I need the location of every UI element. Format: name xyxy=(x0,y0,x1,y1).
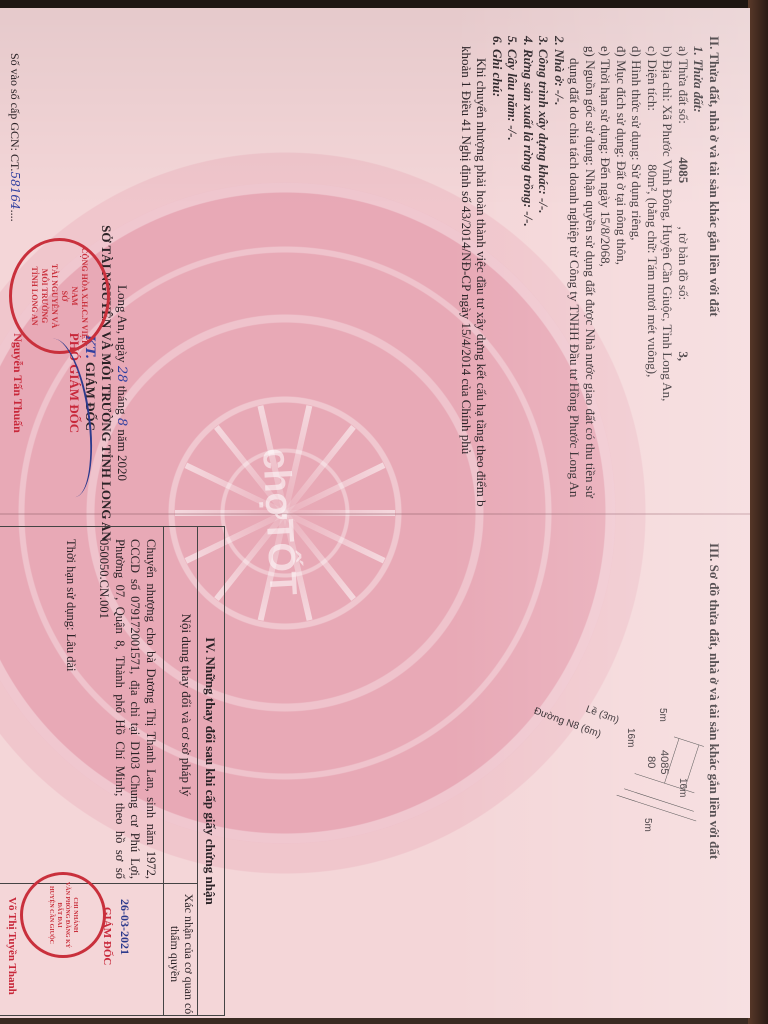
red-stamp-department: CỘNG HÒA X.H.C.N VIỆT NAM SỞ TÀI NGUYÊN … xyxy=(9,238,110,354)
issue-month: 8 xyxy=(114,418,129,426)
usage-origin-2: dụng đất do chia tách doanh nghiệp từ Cô… xyxy=(567,36,583,507)
usage-purpose: đ) Mục đích sử dụng: Đất ở tại nông thôn… xyxy=(614,36,630,507)
parcel-label-diagram: 4085 80 xyxy=(644,750,670,774)
parcel-label: a) Thửa đất số: xyxy=(676,46,691,124)
change-content: Chuyển nhượng cho bà Dương Thị Thanh Lan… xyxy=(96,539,158,879)
diagram-parcel-number: 4085 xyxy=(657,750,670,774)
diagram-parcel-area: 80 xyxy=(644,750,657,774)
divider xyxy=(197,527,198,1015)
issue-date: Long An, ngày 28 tháng 8 năm 2020 xyxy=(114,233,131,533)
divider xyxy=(0,883,198,884)
column-header-confirmation: Xác nhận của cơ quan có thẩm quyền xyxy=(168,889,196,1018)
map-sheet-number: 3, xyxy=(676,303,691,361)
note-line-1: Khi chuyển nhượng phải hoàn thành việc đ… xyxy=(474,36,490,507)
confirm-signer: Võ Thị Tuyền Thanh xyxy=(4,897,20,995)
usage-origin-1: g) Nguồn gốc sử dụng: Nhận quyền sử dụng… xyxy=(583,36,599,507)
parcel-diagram xyxy=(480,698,710,1008)
section-2-sub4: 4. Rừng sản xuất là rừng trồng: -/-. xyxy=(521,36,537,507)
dim-left: 5m xyxy=(655,708,671,722)
divider xyxy=(163,527,164,1015)
note-line-2: khoản 1 Điều 41 Nghị định số 43/2014/NĐ-… xyxy=(459,36,475,507)
certificate-page: II. Thửa đất, nhà ở và tài sản khác gắn … xyxy=(0,8,750,1018)
parcel-number: 4085 xyxy=(676,127,691,223)
area-label: c) Diện tích: xyxy=(645,46,660,111)
dim-right: 5m xyxy=(640,818,656,832)
dim-top: 16m xyxy=(675,778,691,797)
column-header-changes: Nội dung thay đổi và cơ sở pháp lý xyxy=(178,527,194,883)
section-2-sub3: 3. Công trình xây dựng khác: -/-. xyxy=(536,36,552,507)
usage-form: d) Hình thức sử dụng: Sử dụng riêng, xyxy=(629,36,645,507)
section-2-heading: II. Thửa đất, nhà ở và tài sản khác gắn … xyxy=(707,36,723,507)
registry-number: Số vào sổ cấp GCN: CT.58164.... xyxy=(7,53,23,222)
red-stamp-registration-office: CHI NHÁNH VĂN PHÒNG ĐĂNG KÝ ĐẤT ĐAI HUYỆ… xyxy=(20,872,106,958)
section-2-sub2: 2. Nhà ở: -/-. xyxy=(552,36,568,507)
usage-term: e) Thời hạn sử dụng: Đến ngày 15/8/2068, xyxy=(598,36,614,507)
background-table-edge xyxy=(748,0,768,1024)
issue-year: năm 2020 xyxy=(115,429,130,481)
dim-bottom: 16m xyxy=(623,728,639,747)
section-2-sub6: 6. Ghi chú: xyxy=(490,36,506,507)
section-2-sub5: 5. Cây lâu năm: -/-. xyxy=(505,36,521,507)
address: b) Địa chỉ: Xã Phước Vĩnh Đông, Huyện Cầ… xyxy=(660,36,676,507)
section-2-sub1: 1. Thửa đất: xyxy=(691,36,707,507)
chotot-watermark: chợTỐT xyxy=(253,447,304,596)
change-term: Thời hạn sử dụng: Lâu dài xyxy=(63,539,78,671)
section-4-table: IV. Những thay đổi sau khi cấp giấy chứn… xyxy=(0,526,225,1016)
section-2-land-info: II. Thửa đất, nhà ở và tài sản khác gắn … xyxy=(459,36,723,507)
area-value: 80m², (bằng chữ: Tám mươi mét vuông), xyxy=(645,114,660,377)
confirm-date: 26-03-2021 xyxy=(117,899,133,955)
map-sheet-label: , tờ bản đồ số: xyxy=(676,226,691,300)
issue-day: 28 xyxy=(114,366,129,383)
section-4-heading: IV. Những thay đổi sau khi cấp giấy chứn… xyxy=(202,527,218,1015)
